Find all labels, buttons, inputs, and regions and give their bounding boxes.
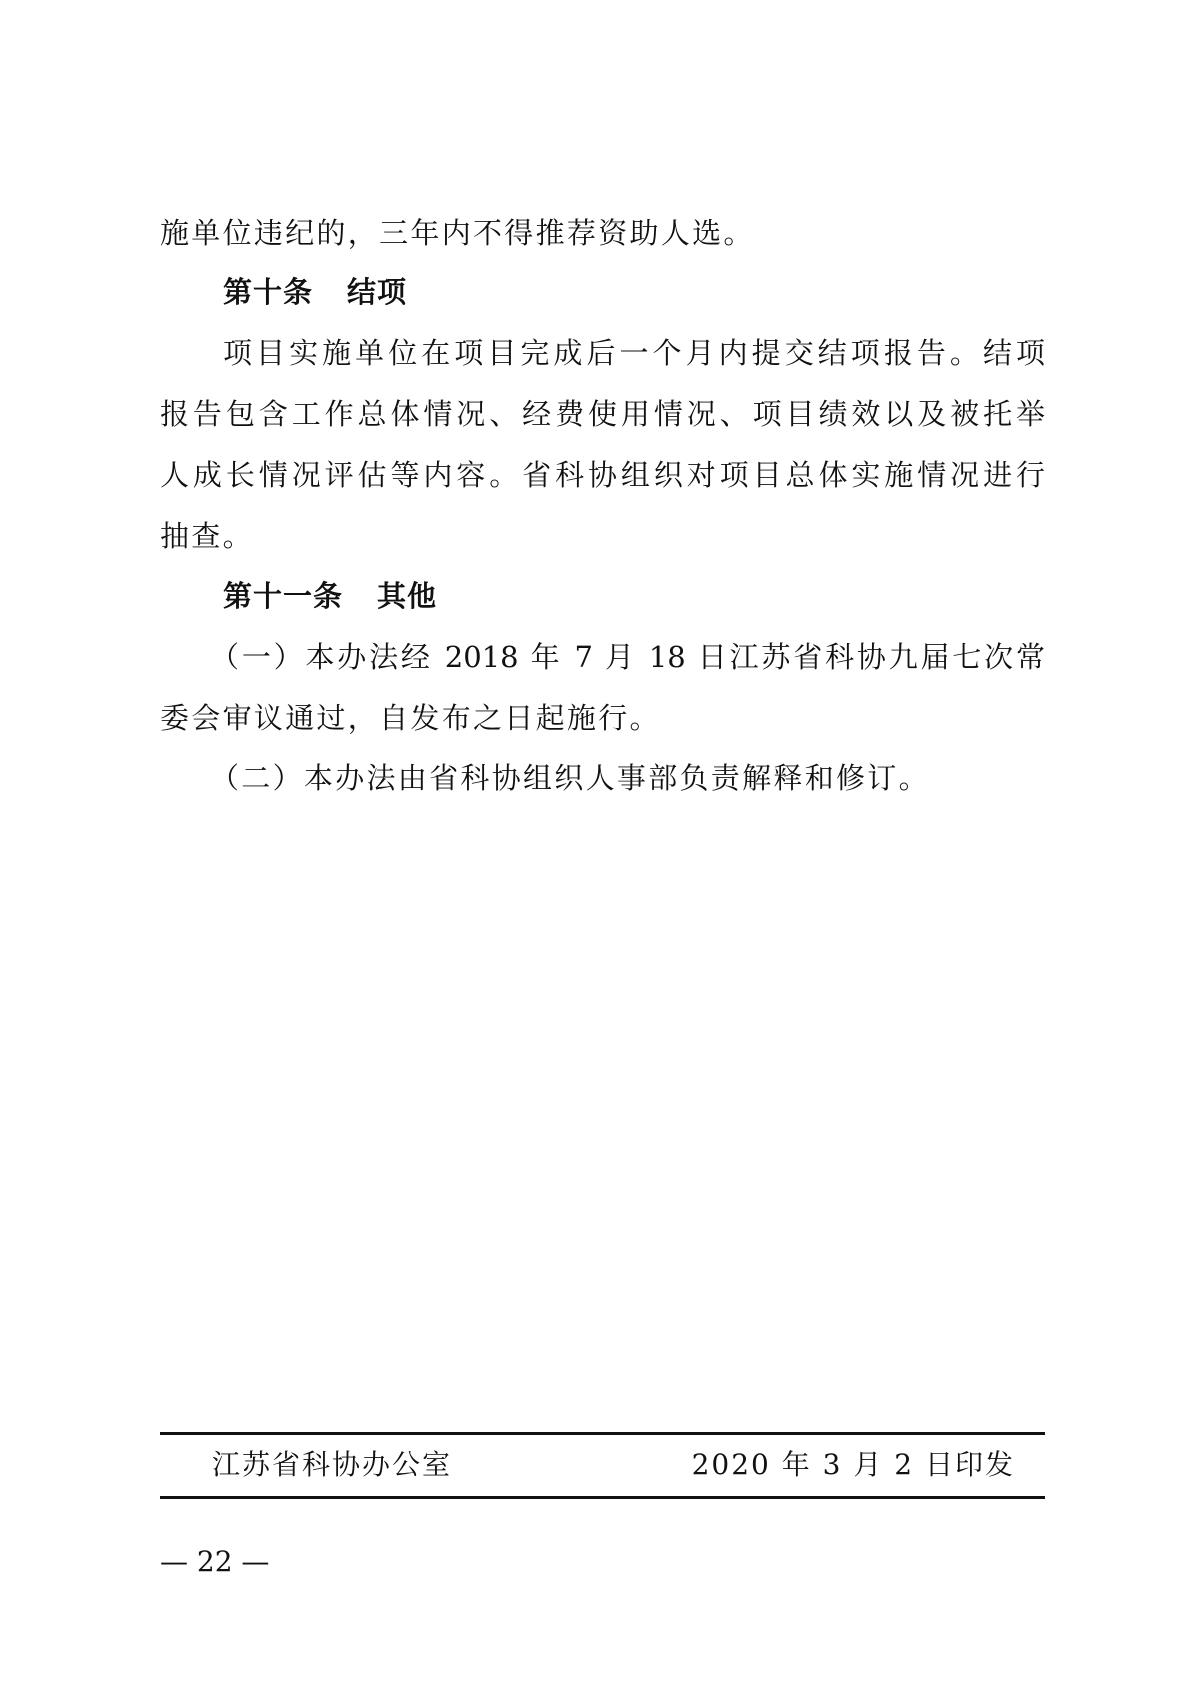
article-11-item-2-line-1: （二）本办法由省科协组织人事部负责解释和修订。	[210, 758, 1095, 798]
article-10-paragraph-line-4: 抽查。	[160, 516, 1045, 556]
article-11-item-1-line-1: （一）本办法经 2018 年 7 月 18 日江苏省科协九届七次常	[210, 637, 1045, 677]
issue-date: 2020 年 3 月 2 日印发	[692, 1445, 1015, 1485]
article-11-number: 第十一条	[223, 579, 343, 613]
article-10-paragraph-line-3: 人成长情况评估等内容。省科协组织对项目总体实施情况进行	[160, 455, 1045, 495]
footer-top-rule	[160, 1432, 1045, 1435]
document-page: 施单位违纪的，三年内不得推荐资助人选。 第十条结项 项目实施单位在项目完成后一个…	[0, 0, 1199, 1696]
article-10-paragraph-line-2: 报告包含工作总体情况、经费使用情况、项目绩效以及被托举	[160, 394, 1045, 434]
continuation-line: 施单位违纪的，三年内不得推荐资助人选。	[160, 213, 1045, 253]
article-10-paragraph-line-1: 项目实施单位在项目完成后一个月内提交结项报告。结项	[223, 333, 1045, 373]
footer-bottom-rule	[160, 1496, 1045, 1499]
article-10-heading: 第十条结项	[223, 272, 1045, 312]
article-10-title: 结项	[347, 275, 407, 309]
article-11-heading: 第十一条其他	[223, 576, 1045, 616]
page-number: — 22 —	[160, 1542, 269, 1582]
issuer-name: 江苏省科协办公室	[212, 1445, 452, 1485]
article-11-item-1-line-2: 委会审议通过，自发布之日起施行。	[160, 698, 1045, 738]
article-11-title: 其他	[377, 579, 437, 613]
article-10-number: 第十条	[223, 275, 313, 309]
